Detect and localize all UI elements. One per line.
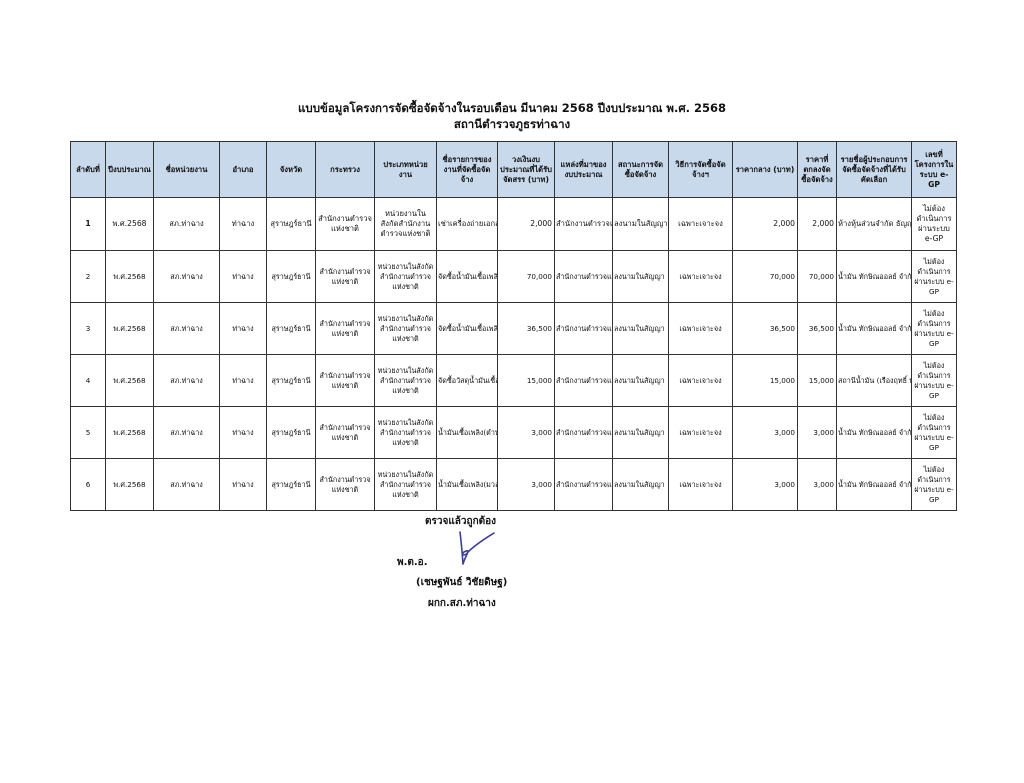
- cell-year: พ.ศ.2568: [106, 407, 154, 459]
- cell-year: พ.ศ.2568: [106, 303, 154, 355]
- cell-province: สุราษฎร์ธานี: [267, 407, 316, 459]
- cell-budget: 15,000: [498, 355, 555, 407]
- cell-source: สำนักงานตำรวจแห่งชาติ: [555, 303, 613, 355]
- cell-method: เฉพาะเจาะจง: [669, 355, 733, 407]
- cell-source: สำนักงานตำรวจแห่งชาติ: [555, 407, 613, 459]
- cell-ministry: สำนักงานตำรวจแห่งชาติ: [316, 251, 375, 303]
- cell-unit-type: หน่วยงานในสังกัดสำนักงานตำรวจแห่งชาติ: [375, 459, 437, 511]
- cell-no: 3: [71, 303, 106, 355]
- cell-vendor: น้ำมัน ทักษิณออลย์ จำกัด: [837, 459, 912, 511]
- cell-agreed-price: 15,000: [798, 355, 837, 407]
- cell-item: เช่าเครื่องถ่ายเอกสาร: [437, 198, 498, 251]
- signer-position: ผกก.สภ.ท่าฉาง: [428, 596, 496, 611]
- cell-no: 5: [71, 407, 106, 459]
- cell-ministry: สำนักงานตำรวจแห่งชาติ: [316, 459, 375, 511]
- cell-year: พ.ศ.2568: [106, 251, 154, 303]
- signer-name: (เชษฐพันธ์ วิชัยดิษฐ): [416, 575, 507, 590]
- cell-budget: 3,000: [498, 407, 555, 459]
- cell-unit-type: หน่วยงานในสังกัดสำนักงานตำรวจแห่งชาติ: [375, 407, 437, 459]
- column-header: อำเภอ: [220, 142, 267, 198]
- cell-budget: 70,000: [498, 251, 555, 303]
- signer-rank: พ.ต.อ.: [397, 555, 428, 570]
- cell-ministry: สำนักงานตำรวจแห่งชาติ: [316, 198, 375, 251]
- cell-province: สุราษฎร์ธานี: [267, 303, 316, 355]
- column-header: ชื่อรายการของงานที่จัดซื้อจัดจ้าง: [437, 142, 498, 198]
- cell-ministry: สำนักงานตำรวจแห่งชาติ: [316, 407, 375, 459]
- cell-source: สำนักงานตำรวจแห่งชาติ: [555, 355, 613, 407]
- column-header: ลำดับที่: [71, 142, 106, 198]
- certified-label: ตรวจแล้วถูกต้อง: [425, 514, 496, 529]
- column-header: ปีงบประมาณ: [106, 142, 154, 198]
- cell-status: ลงนามในสัญญา: [613, 303, 669, 355]
- table-row: 2พ.ศ.2568สภ.ท่าฉางท่าฉางสุราษฎร์ธานีสำนั…: [71, 251, 957, 303]
- cell-egp: ไม่ต้องดำเนินการผ่านระบบ e-GP: [912, 251, 957, 303]
- cell-vendor: ห้างหุ้นส่วนจำกัด ธัญญารัตน์ โอเอ จำกัด: [837, 198, 912, 251]
- cell-item: จัดซื้อวัสดุน้ำมันเชื้อเพลิง: [437, 355, 498, 407]
- cell-province: สุราษฎร์ธานี: [267, 355, 316, 407]
- column-header: วิธีการจัดซื้อจัดจ้างฯ: [669, 142, 733, 198]
- cell-year: พ.ศ.2568: [106, 198, 154, 251]
- cell-item: น้ำมันเชื้อเพลิง(ตำบล: [437, 407, 498, 459]
- procurement-table: ลำดับที่ปีงบประมาณชื่อหน่วยงานอำเภอจังหว…: [70, 141, 957, 511]
- cell-province: สุราษฎร์ธานี: [267, 198, 316, 251]
- signature-mark: [452, 530, 498, 568]
- cell-median-price: 2,000: [733, 198, 798, 251]
- document-subtitle: สถานีตำรวจภูธรท่าฉาง: [0, 117, 1024, 132]
- cell-method: เฉพาะเจาะจง: [669, 407, 733, 459]
- cell-unit: สภ.ท่าฉาง: [154, 303, 220, 355]
- cell-ministry: สำนักงานตำรวจแห่งชาติ: [316, 355, 375, 407]
- cell-vendor: น้ำมัน ทักษิณออลย์ จำกัด: [837, 303, 912, 355]
- cell-median-price: 70,000: [733, 251, 798, 303]
- cell-province: สุราษฎร์ธานี: [267, 251, 316, 303]
- cell-status: ลงนามในสัญญา: [613, 407, 669, 459]
- table-row: 4พ.ศ.2568สภ.ท่าฉางท่าฉางสุราษฎร์ธานีสำนั…: [71, 355, 957, 407]
- cell-no: 6: [71, 459, 106, 511]
- cell-province: สุราษฎร์ธานี: [267, 459, 316, 511]
- cell-ministry: สำนักงานตำรวจแห่งชาติ: [316, 303, 375, 355]
- table-row: 6พ.ศ.2568สภ.ท่าฉางท่าฉางสุราษฎร์ธานีสำนั…: [71, 459, 957, 511]
- cell-district: ท่าฉาง: [220, 407, 267, 459]
- cell-agreed-price: 3,000: [798, 459, 837, 511]
- column-header: ราคากลาง (บาท): [733, 142, 798, 198]
- cell-agreed-price: 70,000: [798, 251, 837, 303]
- column-header: เลขที่โครงการในระบบ e-GP: [912, 142, 957, 198]
- cell-unit: สภ.ท่าฉาง: [154, 198, 220, 251]
- cell-item: จัดซื้อน้ำมันเชื้อเพลิง(1-15: [437, 251, 498, 303]
- column-header: ชื่อหน่วยงาน: [154, 142, 220, 198]
- table-row: 3พ.ศ.2568สภ.ท่าฉางท่าฉางสุราษฎร์ธานีสำนั…: [71, 303, 957, 355]
- document-title: แบบข้อมูลโครงการจัดซื้อจัดจ้างในรอบเดือน…: [0, 101, 1024, 116]
- cell-district: ท่าฉาง: [220, 459, 267, 511]
- cell-item: จัดซื้อน้ำมันเชื้อเพลิง(16-31: [437, 303, 498, 355]
- cell-agreed-price: 3,000: [798, 407, 837, 459]
- cell-unit-type: หน่วยงานในสังกัดสำนักงานตำรวจแห่งชาติ: [375, 251, 437, 303]
- cell-district: ท่าฉาง: [220, 198, 267, 251]
- cell-vendor: น้ำมัน ทักษิณออลย์ จำกัด: [837, 251, 912, 303]
- cell-method: เฉพาะเจาะจง: [669, 459, 733, 511]
- cell-method: เฉพาะเจาะจง: [669, 198, 733, 251]
- cell-vendor: สถานีน้ำมัน (เรืองฤทธิ์ บริการ): [837, 355, 912, 407]
- cell-budget: 36,500: [498, 303, 555, 355]
- cell-status: ลงนามในสัญญา: [613, 198, 669, 251]
- cell-unit-type: หน่วยงานในสังกัดสำนักงานตำรวจแห่งชาติ: [375, 355, 437, 407]
- cell-median-price: 36,500: [733, 303, 798, 355]
- cell-egp: ไม่ต้องดำเนินการผ่านระบบ e-GP: [912, 303, 957, 355]
- cell-source: สำนักงานตำรวจแห่งชาติ: [555, 198, 613, 251]
- cell-source: สำนักงานตำรวจแห่งชาติ: [555, 459, 613, 511]
- cell-district: ท่าฉาง: [220, 355, 267, 407]
- cell-method: เฉพาะเจาะจง: [669, 303, 733, 355]
- table-header-row: ลำดับที่ปีงบประมาณชื่อหน่วยงานอำเภอจังหว…: [71, 142, 957, 198]
- cell-budget: 3,000: [498, 459, 555, 511]
- cell-status: ลงนามในสัญญา: [613, 459, 669, 511]
- table-row: 5พ.ศ.2568สภ.ท่าฉางท่าฉางสุราษฎร์ธานีสำนั…: [71, 407, 957, 459]
- cell-agreed-price: 36,500: [798, 303, 837, 355]
- cell-no: 4: [71, 355, 106, 407]
- cell-district: ท่าฉาง: [220, 303, 267, 355]
- column-header: กระทรวง: [316, 142, 375, 198]
- cell-agreed-price: 2,000: [798, 198, 837, 251]
- cell-unit: สภ.ท่าฉาง: [154, 355, 220, 407]
- cell-source: สำนักงานตำรวจแห่งชาติ: [555, 251, 613, 303]
- cell-egp: ไม่ต้องดำเนินการผ่านระบบ e-GP: [912, 459, 957, 511]
- cell-egp: ไม่ต้องดำเนินการผ่านระบบ e-GP: [912, 407, 957, 459]
- cell-median-price: 15,000: [733, 355, 798, 407]
- column-header: ราคาที่ตกลงจัดซื้อจัดจ้าง: [798, 142, 837, 198]
- cell-status: ลงนามในสัญญา: [613, 355, 669, 407]
- cell-budget: 2,000: [498, 198, 555, 251]
- column-header: จังหวัด: [267, 142, 316, 198]
- cell-unit: สภ.ท่าฉาง: [154, 459, 220, 511]
- cell-median-price: 3,000: [733, 459, 798, 511]
- column-header: แหล่งที่มาของงบประมาณ: [555, 142, 613, 198]
- cell-district: ท่าฉาง: [220, 251, 267, 303]
- cell-egp: ไม่ต้องดำเนินการผ่านระบบ e-GP: [912, 198, 957, 251]
- cell-item: น้ำมันเชื้อเพลิง(มวลชน: [437, 459, 498, 511]
- cell-unit-type: หน่วยงานในสังกัดสำนักงานตำรวจแห่งชาติ: [375, 198, 437, 251]
- column-header: รายชื่อผู้ประกอบการจัดซื้อจัดจ้างที่ได้ร…: [837, 142, 912, 198]
- cell-egp: ไม่ต้องดำเนินการผ่านระบบ e-GP: [912, 355, 957, 407]
- cell-year: พ.ศ.2568: [106, 459, 154, 511]
- cell-unit-type: หน่วยงานในสังกัดสำนักงานตำรวจแห่งชาติ: [375, 303, 437, 355]
- cell-year: พ.ศ.2568: [106, 355, 154, 407]
- column-header: วงเงินงบประมาณที่ได้รับจัดสรร (บาท): [498, 142, 555, 198]
- column-header: ประเภทหน่วยงาน: [375, 142, 437, 198]
- cell-vendor: น้ำมัน ทักษิณออลย์ จำกัด: [837, 407, 912, 459]
- cell-method: เฉพาะเจาะจง: [669, 251, 733, 303]
- cell-status: ลงนามในสัญญา: [613, 251, 669, 303]
- table-row: 1พ.ศ.2568สภ.ท่าฉางท่าฉางสุราษฎร์ธานีสำนั…: [71, 198, 957, 251]
- cell-no: 1: [71, 198, 106, 251]
- cell-no: 2: [71, 251, 106, 303]
- cell-unit: สภ.ท่าฉาง: [154, 251, 220, 303]
- column-header: สถานะการจัดซื้อจัดจ้าง: [613, 142, 669, 198]
- cell-unit: สภ.ท่าฉาง: [154, 407, 220, 459]
- cell-median-price: 3,000: [733, 407, 798, 459]
